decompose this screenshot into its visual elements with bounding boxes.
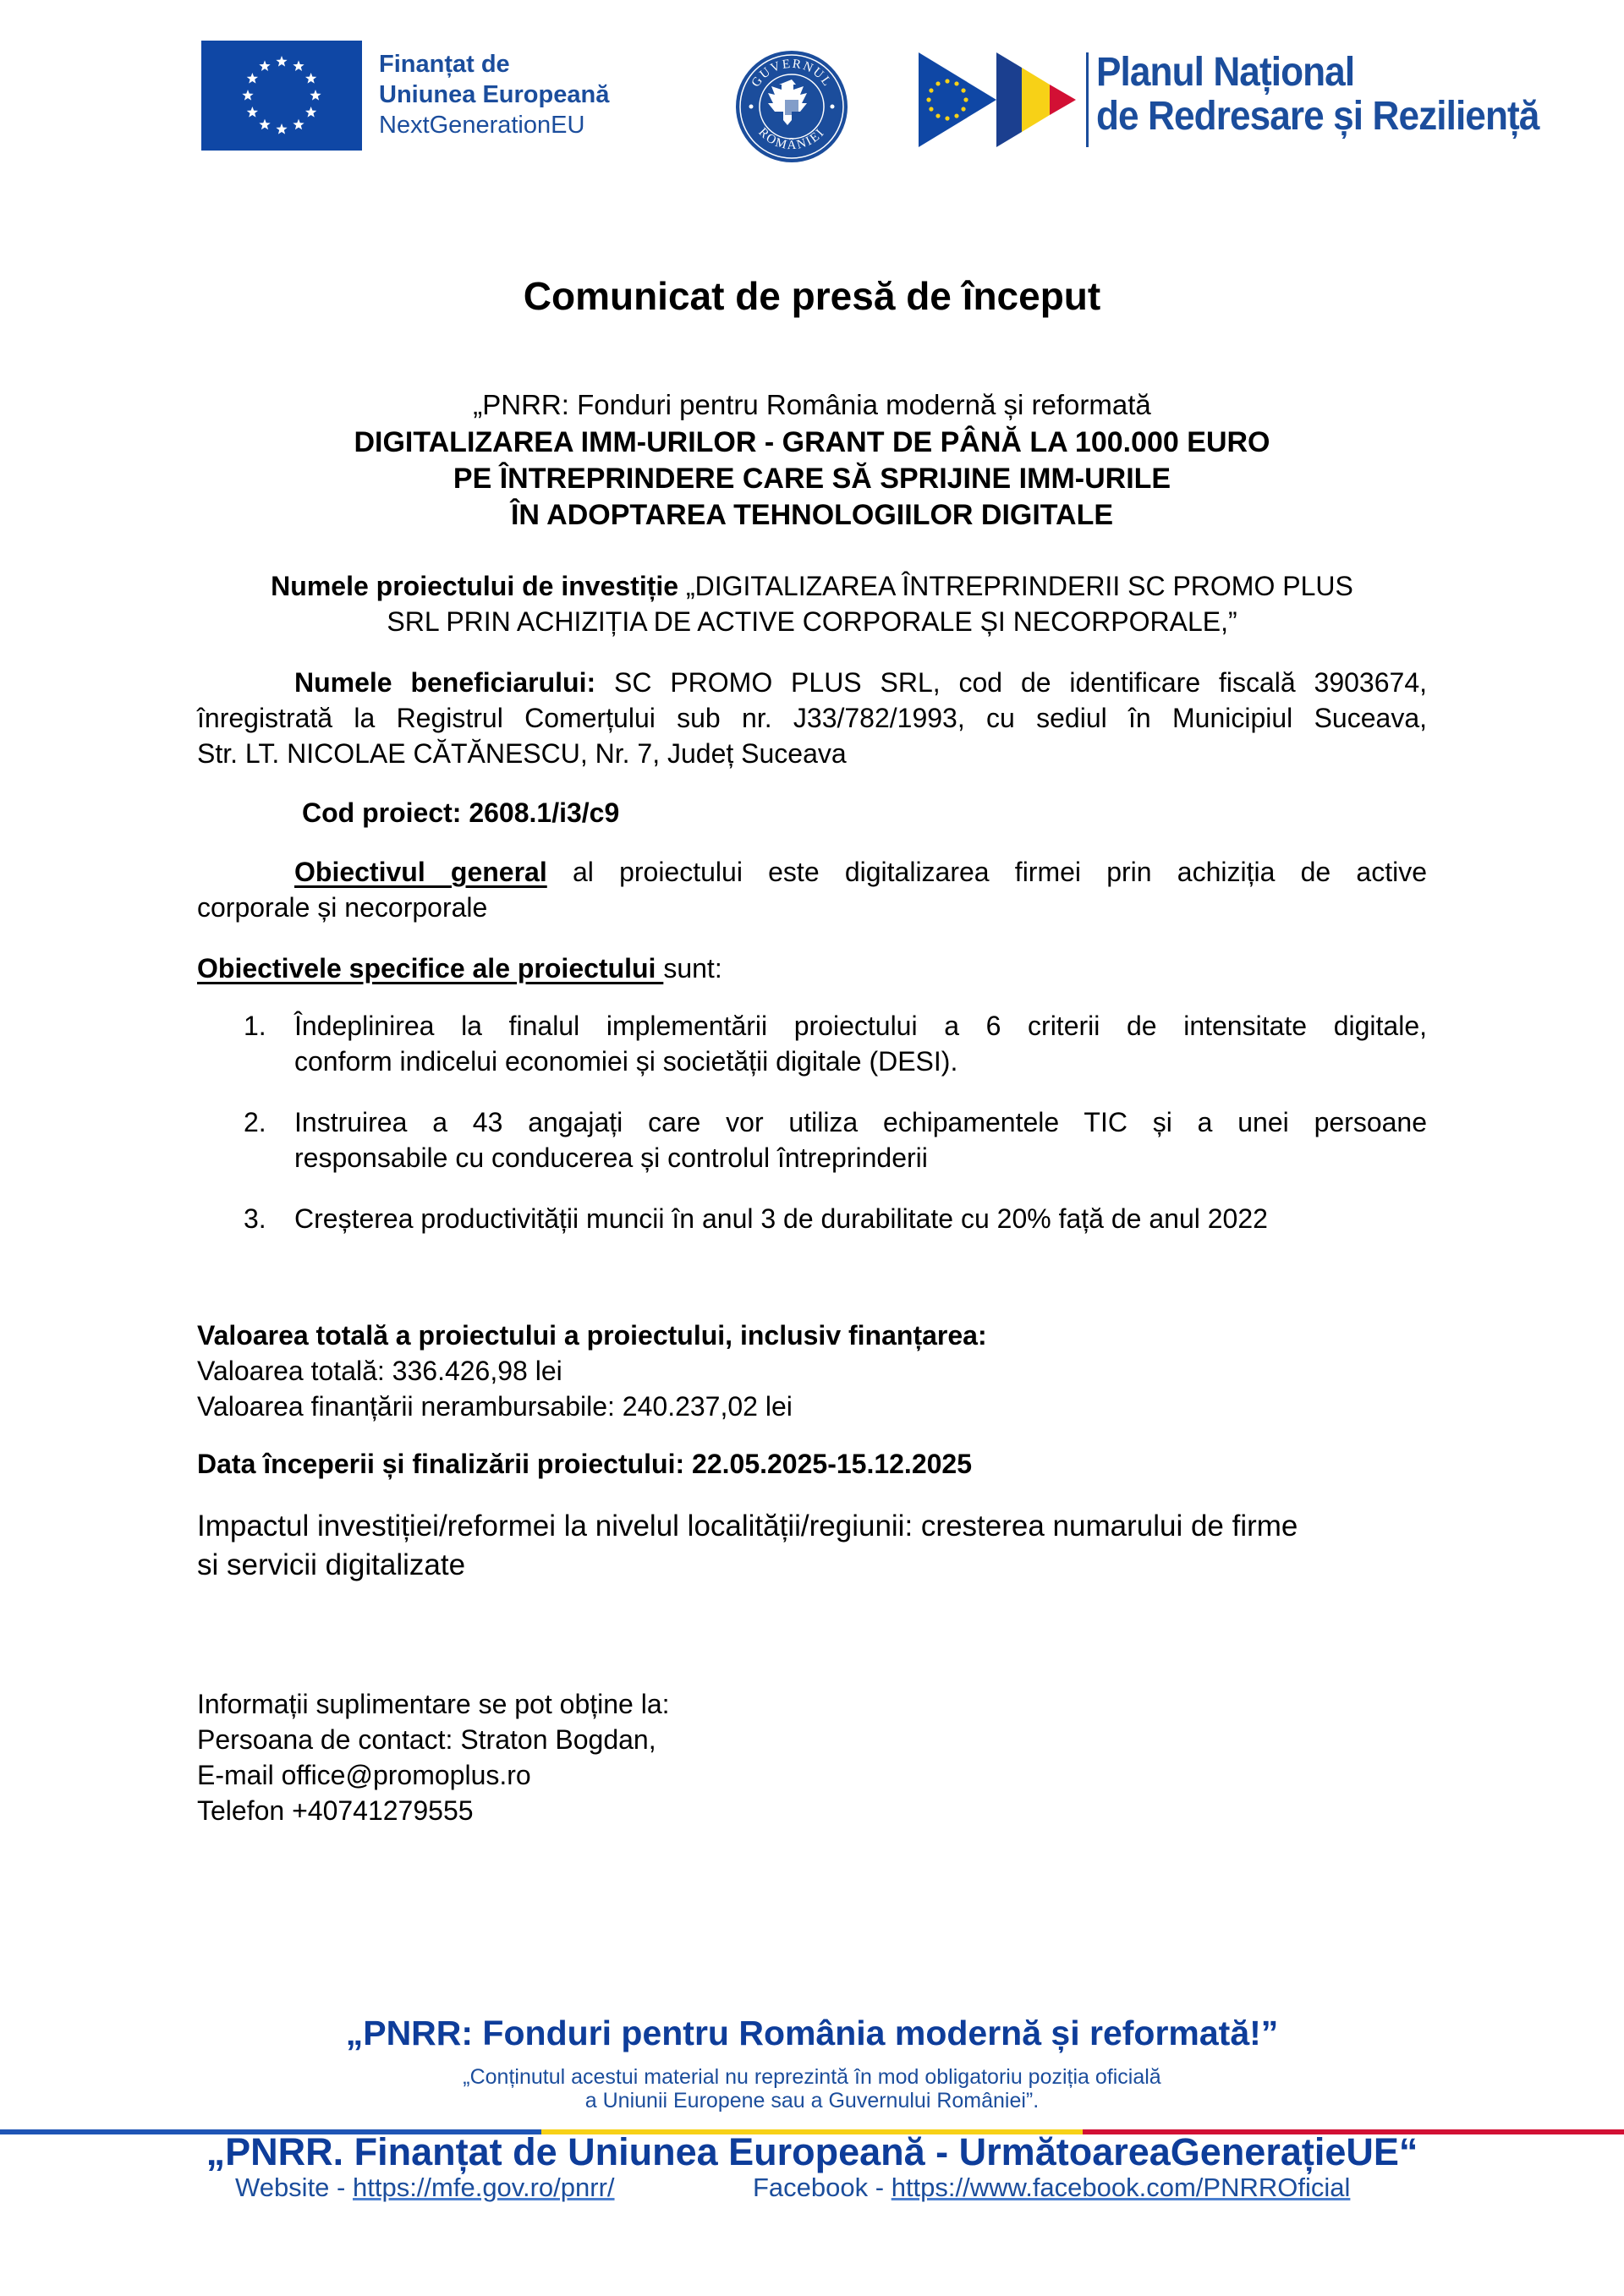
list-item-text-line-1: Instruirea a 43 angajați care vor utiliz… [294, 1104, 1427, 1140]
project-dates: Data începerii și finalizării proiectulu… [197, 1446, 972, 1482]
beneficiary-line-1: Numele beneficiarului: SC PROMO PLUS SRL… [197, 665, 1427, 700]
website-label: Website - [235, 2173, 353, 2202]
general-objective-text: al proiectului este digitalizarea firmei… [547, 857, 1427, 887]
project-non-refundable-value: Valoarea finanțării nerambursabile: 240.… [197, 1389, 793, 1424]
website-link-group: Website - https://mfe.gov.ro/pnrr/ [235, 2172, 615, 2204]
pnrr-logo-text: Planul Național de Redresare și Rezilien… [1096, 51, 1539, 139]
specific-objectives-suffix: sunt: [663, 953, 721, 984]
list-item-text-line-1: Îndeplinirea la finalul implementării pr… [294, 1008, 1427, 1044]
project-value-heading: Valoarea totală a proiectului a proiectu… [197, 1318, 987, 1353]
facebook-link[interactable]: https://www.facebook.com/PNRROficial [892, 2173, 1351, 2202]
contact-email: E-mail office@promoplus.ro [197, 1757, 531, 1793]
footer-disclaimer-line-2: a Uniunii Europene sau a Guvernului Româ… [0, 2089, 1624, 2112]
specific-objectives-label: Obiectivele specifice ale proiectului [197, 953, 663, 984]
list-item-number: 2. [244, 1104, 266, 1140]
pnrr-logo-line2: de Redresare și Reziliență [1096, 95, 1539, 139]
pnrr-logo-divider [1086, 52, 1089, 147]
contact-intro: Informații suplimentare se pot obține la… [197, 1686, 670, 1722]
beneficiary-label: Numele beneficiarului: [294, 667, 595, 698]
list-item-text-line-2: conform indicelui economiei și societăți… [294, 1044, 1427, 1079]
headline-line-1: DIGITALIZAREA IMM-URILOR - GRANT DE PÂNĂ… [0, 425, 1624, 460]
eu-logo-line1: Finanțat de [379, 49, 609, 79]
eu-flag-icon [201, 41, 362, 151]
facebook-link-group: Facebook - https://www.facebook.com/PNRR… [753, 2172, 1350, 2204]
facebook-label: Facebook - [753, 2173, 892, 2202]
pnrr-logo-line1: Planul Național [1096, 51, 1539, 95]
footer-slogan: „PNRR: Fonduri pentru România modernă și… [0, 2013, 1624, 2053]
general-objective-label: Obiectivul general [294, 857, 547, 887]
list-item-text-line-2: responsabile cu conducerea și controlul … [294, 1140, 1427, 1175]
eu-logo-line2: Uniunea Europeană [379, 79, 609, 110]
page-title: Comunicat de presă de început [0, 272, 1624, 320]
project-name-value: „DIGITALIZAREA ÎNTREPRINDERII SC PROMO P… [678, 571, 1353, 601]
headline-line-2: PE ÎNTREPRINDERE CARE SĂ SPRIJINE IMM-UR… [0, 461, 1624, 496]
beneficiary-line-3: Str. LT. NICOLAE CĂTĂNESCU, Nr. 7, Județ… [197, 736, 1427, 771]
general-objective-line-2: corporale și necorporale [197, 890, 1427, 925]
pnrr-arrows-icon [919, 52, 1084, 147]
impact-line-2: si servicii digitalizate [197, 1546, 465, 1585]
list-item-number: 1. [244, 1008, 266, 1044]
footer-funding-statement: „PNRR. Finanțat de Uniunea Europeană - U… [0, 2131, 1624, 2173]
eu-logo-line3: NextGenerationEU [379, 110, 609, 140]
beneficiary-line-2: înregistrată la Registrul Comerțului sub… [197, 700, 1427, 736]
project-total-value: Valoarea totală: 336.426,98 lei [197, 1353, 562, 1389]
footer-disclaimer-line-1: „Conținutul acestui material nu reprezin… [0, 2065, 1624, 2089]
project-name-line-2: SRL PRIN ACHIZIȚIA DE ACTIVE CORPORALE Ș… [0, 604, 1624, 639]
specific-objectives-heading: Obiectivele specifice ale proiectului su… [197, 951, 1427, 986]
beneficiary-value: SC PROMO PLUS SRL, cod de identificare f… [595, 667, 1427, 698]
project-name-label: Numele proiectului de investiție [271, 571, 678, 601]
romanian-government-seal-icon: GUVERNUL ROMÂNIEI [734, 49, 849, 164]
program-quote: „PNRR: Fonduri pentru România modernă și… [0, 387, 1624, 423]
headline-line-3: ÎN ADOPTAREA TEHNOLOGIILOR DIGITALE [0, 497, 1624, 533]
eu-funding-logo-text: Finanțat de Uniunea Europeană NextGenera… [379, 49, 609, 140]
impact-line-1: Impactul investiției/reformei la nivelul… [197, 1507, 1298, 1546]
list-item-number: 3. [244, 1201, 266, 1236]
website-link[interactable]: https://mfe.gov.ro/pnrr/ [353, 2173, 615, 2202]
list-item-text-line-1: Creșterea productivității muncii în anul… [294, 1201, 1427, 1236]
project-name-line-1: Numele proiectului de investiție „DIGITA… [0, 568, 1624, 604]
contact-person: Persoana de contact: Straton Bogdan, [197, 1722, 656, 1757]
general-objective-line-1: Obiectivul general al proiectului este d… [197, 854, 1427, 890]
project-code: Cod proiect: 2608.1/i3/c9 [302, 795, 619, 830]
contact-phone: Telefon +40741279555 [197, 1793, 474, 1828]
